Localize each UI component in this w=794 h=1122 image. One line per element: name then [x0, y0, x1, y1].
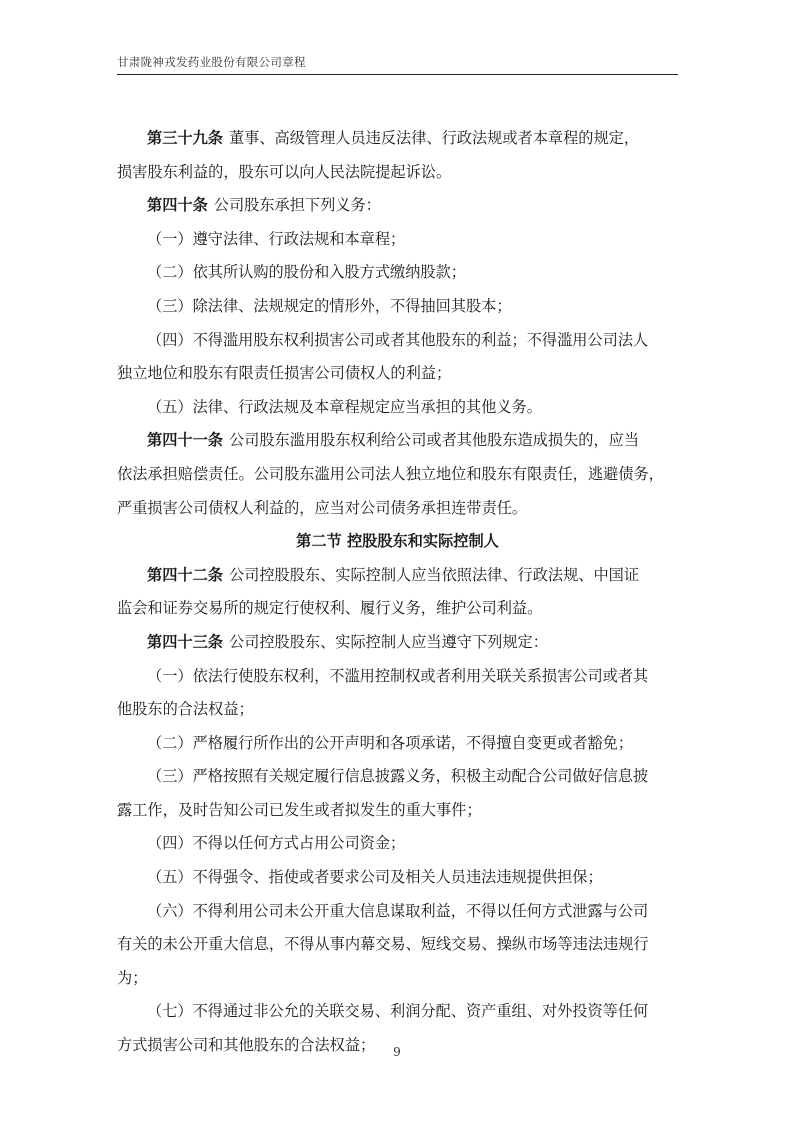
text-line: 他股东的合法权益； [117, 693, 678, 727]
page-number: 9 [0, 1045, 794, 1059]
article-number: 第四十二条 [147, 566, 223, 584]
line-text: （二）严格履行所作出的公开声明和各项承诺，不得擅自变更或者豁免； [147, 734, 633, 752]
line-text: 他股东的合法权益； [117, 700, 254, 718]
line-text: 第二节 控股股东和实际控制人 [296, 532, 499, 550]
text-line: 露工作，及时告知公司已发生或者拟发生的重大事件； [117, 794, 678, 828]
text-line: （一）依法行使股东权利，不滥用控制权或者利用关联关系损害公司或者其 [117, 660, 678, 694]
text-line: 依法承担赔偿责任。公司股东滥用公司法人独立地位和股东有限责任，逃避债务， [117, 458, 678, 492]
text-line: （五）不得强令、指使或者要求公司及相关人员违法违规提供担保； [117, 861, 678, 895]
line-text: 公司控股股东、实际控制人应当遵守下列规定： [229, 633, 548, 651]
line-text: 为； [117, 969, 147, 987]
text-line: （三）严格按照有关规定履行信息披露义务，积极主动配合公司做好信息披 [117, 760, 678, 794]
text-line: 损害股东利益的，股东可以向人民法院提起诉讼。 [117, 156, 678, 190]
line-text: （一）依法行使股东权利，不滥用控制权或者利用关联关系损害公司或者其 [147, 667, 648, 685]
line-text: （五）法律、行政法规及本章程规定应当承担的其他义务。 [147, 398, 542, 416]
text-line: （二）依其所认购的股份和入股方式缴纳股款； [117, 256, 678, 290]
section-heading: 第二节 控股股东和实际控制人 [117, 525, 678, 559]
text-line: 有关的未公开重大信息，不得从事内幕交易、短线交易、操纵市场等违法违规行 [117, 928, 678, 962]
line-text: （三）除法律、法规规定的情形外，不得抽回其股本； [147, 297, 512, 315]
text-line: （三）除法律、法规规定的情形外，不得抽回其股本； [117, 290, 678, 324]
line-text: 公司控股股东、实际控制人应当依照法律、行政法规、中国证 [229, 566, 639, 584]
line-text: （四）不得以任何方式占用公司资金； [147, 834, 405, 852]
line-text: 独立地位和股东有限责任损害公司债权人的利益； [117, 364, 451, 382]
line-text: （二）依其所认购的股份和入股方式缴纳股款； [147, 263, 466, 281]
line-text: 损害股东利益的，股东可以向人民法院提起诉讼。 [117, 163, 451, 181]
article-line: 第四十二条公司控股股东、实际控制人应当依照法律、行政法规、中国证 [117, 559, 678, 593]
text-line: 监会和证券交易所的规定行使权利、履行义务，维护公司利益。 [117, 592, 678, 626]
line-text: （六）不得利用公司未公开重大信息谋取利益，不得以任何方式泄露与公司 [147, 902, 648, 920]
line-text: 公司股东承担下列义务： [214, 196, 381, 214]
page-header: 甘肃陇神戎发药业股份有限公司章程 [117, 52, 678, 75]
text-line: （一）遵守法律、行政法规和本章程； [117, 223, 678, 257]
text-line: 独立地位和股东有限责任损害公司债权人的利益； [117, 357, 678, 391]
text-line: （四）不得以任何方式占用公司资金； [117, 827, 678, 861]
document-body: 第三十九条董事、高级管理人员违反法律、行政法规或者本章程的规定，损害股东利益的，… [117, 122, 678, 1063]
article-line: 第四十条公司股东承担下列义务： [117, 189, 678, 223]
article-number: 第三十九条 [147, 129, 223, 147]
line-text: 董事、高级管理人员违反法律、行政法规或者本章程的规定， [229, 129, 639, 147]
line-text: 公司股东滥用股东权利给公司或者其他股东造成损失的，应当 [229, 431, 639, 449]
text-line: 为； [117, 962, 678, 996]
text-line: 严重损害公司债权人利益的，应当对公司债务承担连带责任。 [117, 492, 678, 526]
line-text: 依法承担赔偿责任。公司股东滥用公司法人独立地位和股东有限责任，逃避债务， [117, 465, 664, 483]
line-text: 监会和证券交易所的规定行使权利、履行义务，维护公司利益。 [117, 599, 542, 617]
line-text: 露工作，及时告知公司已发生或者拟发生的重大事件； [117, 801, 482, 819]
line-text: 有关的未公开重大信息，不得从事内幕交易、短线交易、操纵市场等违法违规行 [117, 935, 649, 953]
article-number: 第四十三条 [147, 633, 223, 651]
text-line: （五）法律、行政法规及本章程规定应当承担的其他义务。 [117, 391, 678, 425]
text-line: （四）不得滥用股东权利损害公司或者其他股东的利益；不得滥用公司法人 [117, 324, 678, 358]
line-text: （四）不得滥用股东权利损害公司或者其他股东的利益；不得滥用公司法人 [147, 331, 648, 349]
text-line: （二）严格履行所作出的公开声明和各项承诺，不得擅自变更或者豁免； [117, 727, 678, 761]
text-line: （七）不得通过非公允的关联交易、利润分配、资产重组、对外投资等任何 [117, 995, 678, 1029]
text-line: （六）不得利用公司未公开重大信息谋取利益，不得以任何方式泄露与公司 [117, 895, 678, 929]
line-text: 严重损害公司债权人利益的，应当对公司债务承担连带责任。 [117, 499, 527, 517]
line-text: （三）严格按照有关规定履行信息披露义务，积极主动配合公司做好信息披 [147, 767, 648, 785]
line-text: （五）不得强令、指使或者要求公司及相关人员违法违规提供担保； [147, 868, 603, 886]
article-line: 第四十三条公司控股股东、实际控制人应当遵守下列规定： [117, 626, 678, 660]
article-line: 第三十九条董事、高级管理人员违反法律、行政法规或者本章程的规定， [117, 122, 678, 156]
article-number: 第四十一条 [147, 431, 223, 449]
line-text: （七）不得通过非公允的关联交易、利润分配、资产重组、对外投资等任何 [147, 1002, 648, 1020]
article-line: 第四十一条公司股东滥用股东权利给公司或者其他股东造成损失的，应当 [117, 424, 678, 458]
line-text: （一）遵守法律、行政法规和本章程； [147, 230, 405, 248]
article-number: 第四十条 [147, 196, 208, 214]
header-title: 甘肃陇神戎发药业股份有限公司章程 [117, 54, 306, 70]
